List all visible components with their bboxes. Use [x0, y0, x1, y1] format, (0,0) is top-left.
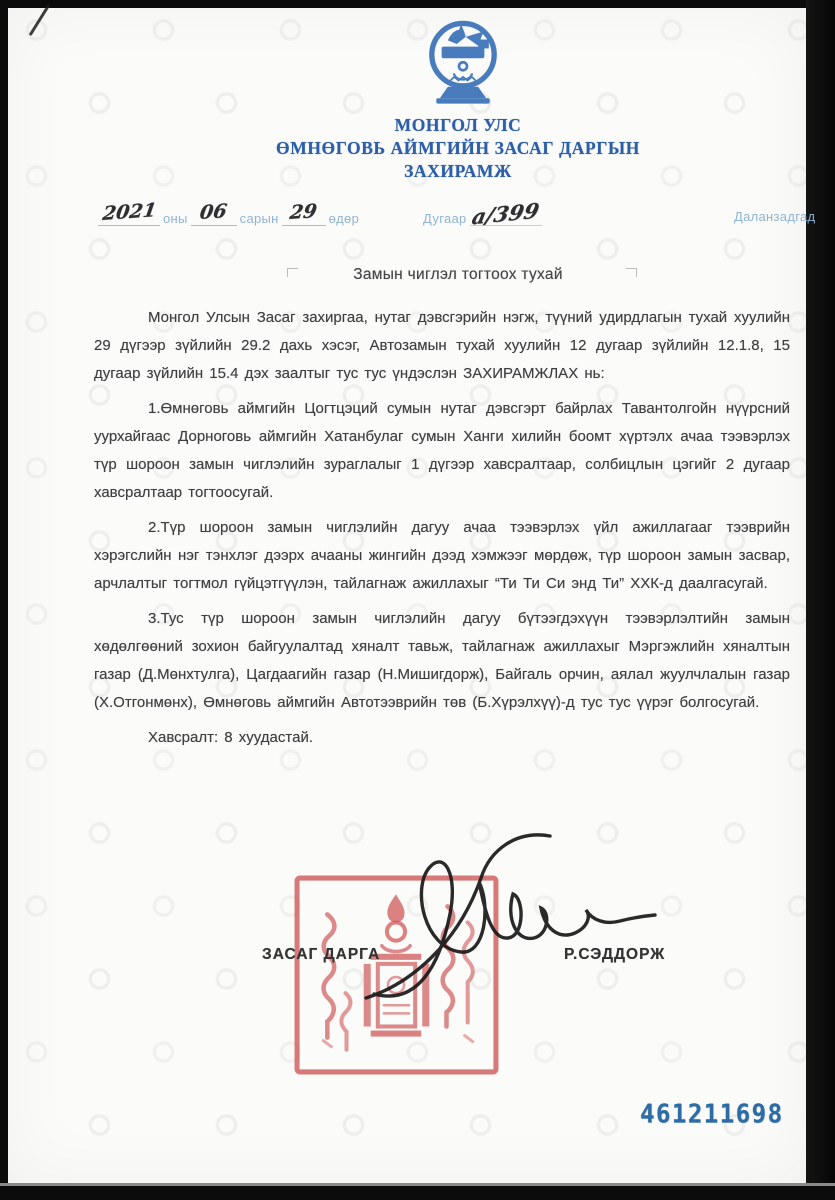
serial-number: 461211698	[640, 1099, 784, 1129]
number-group: Дугаара/399	[422, 201, 544, 226]
photo-border-left	[0, 0, 8, 1200]
number-field: а/399	[470, 201, 542, 226]
document-page: МОНГОЛ УЛС ӨМНӨГОВЬ АЙМГИЙН ЗАСАГ ДАРГЫН…	[8, 8, 806, 1183]
month-field: 06	[191, 201, 237, 226]
place-name: Даланзадгад	[734, 209, 815, 224]
number-handwritten: а/399	[470, 198, 541, 230]
number-label: Дугаар	[423, 211, 467, 226]
day-label: өдөр	[329, 211, 359, 226]
month-label: сарын	[240, 211, 279, 226]
photo-border-top	[0, 0, 835, 8]
signer-position-label: ЗАСАГ ДАРГА	[262, 946, 380, 964]
mongolia-emblem-icon	[414, 10, 512, 110]
dateline: 2021оны06сарын29өдөр Дугаара/399 Даланза…	[8, 194, 806, 230]
document-body: Монгол Улсын Засаг захиргаа, нутаг дэвсг…	[94, 304, 790, 759]
paragraph-clause-1: 1.Өмнөговь аймгийн Цогтцэций сумын нутаг…	[94, 395, 790, 507]
year-label: оны	[163, 211, 188, 226]
photo-border-right	[806, 0, 835, 1200]
month-handwritten: 06	[199, 200, 229, 224]
year-field: 2021	[98, 201, 160, 226]
country-name: МОНГОЛ УЛС	[108, 114, 808, 137]
paragraph-clause-2: 2.Түр шороон замын чиглэлийн дагуу ачаа …	[94, 514, 790, 598]
paragraph-preamble: Монгол Улсын Засаг захиргаа, нутаг дэвсг…	[94, 304, 790, 388]
document-title: Замын чиглэл тогтоох тухай	[108, 266, 808, 284]
document-type: ЗАХИРАМЖ	[108, 160, 808, 183]
pen-scratch-mark	[29, 4, 51, 36]
authority-name: ӨМНӨГОВЬ АЙМГИЙН ЗАСАГ ДАРГЫН	[108, 137, 808, 160]
paragraph-clause-3: 3.Тус түр шороон замын чиглэлийн дагуу б…	[94, 605, 790, 717]
day-field: 29	[282, 201, 326, 226]
attachment-note: Хавсралт: 8 хуудастай.	[94, 724, 790, 752]
document-header: МОНГОЛ УЛС ӨМНӨГОВЬ АЙМГИЙН ЗАСАГ ДАРГЫН…	[108, 114, 808, 183]
day-handwritten: 29	[289, 200, 319, 224]
year-handwritten: 2021	[101, 199, 158, 225]
photo-border-bottom	[0, 1183, 835, 1200]
signer-name: Р.СЭДДОРЖ	[564, 946, 665, 964]
date-group: 2021оны06сарын29өдөр	[96, 201, 360, 226]
signature-ink-icon	[338, 826, 668, 1021]
